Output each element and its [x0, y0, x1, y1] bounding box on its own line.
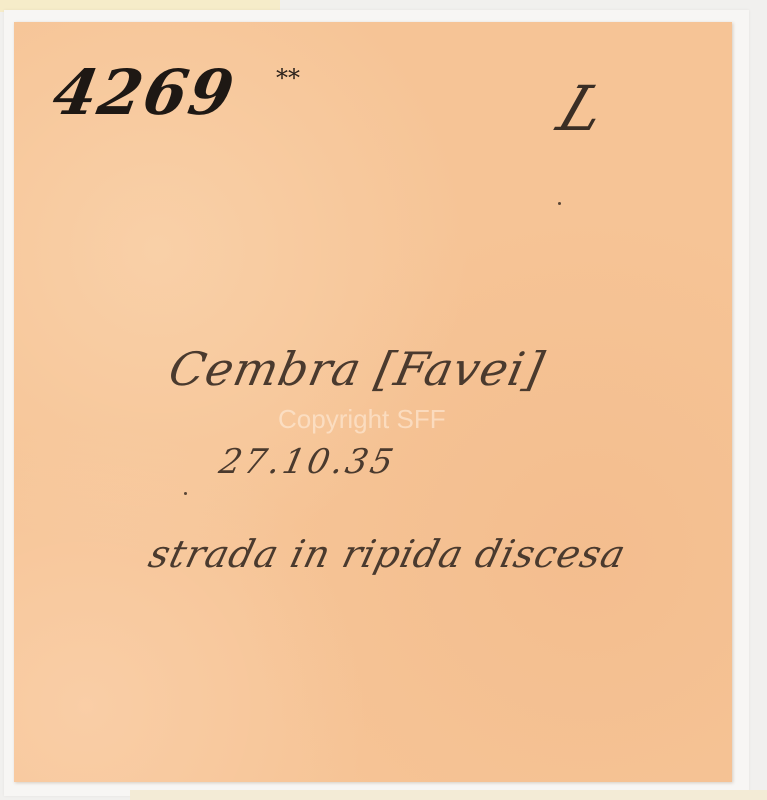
corner-mark: L [549, 72, 617, 145]
catalog-star-marks: ** [276, 64, 300, 92]
habitat-note: strada in ripida discesa [145, 532, 631, 576]
ink-speck [558, 202, 561, 205]
locality-title: Cembra [Favei] [164, 342, 549, 396]
backing-strip-bottom [130, 790, 767, 800]
copyright-watermark: Copyright SFF [278, 404, 446, 435]
catalog-number: 4269 [48, 56, 241, 129]
ink-speck [184, 492, 187, 495]
specimen-label-card: 4269 ** L Cembra [Favei] Copyright SFF 2… [14, 22, 732, 782]
collection-date: 27.10.35 [216, 442, 400, 482]
